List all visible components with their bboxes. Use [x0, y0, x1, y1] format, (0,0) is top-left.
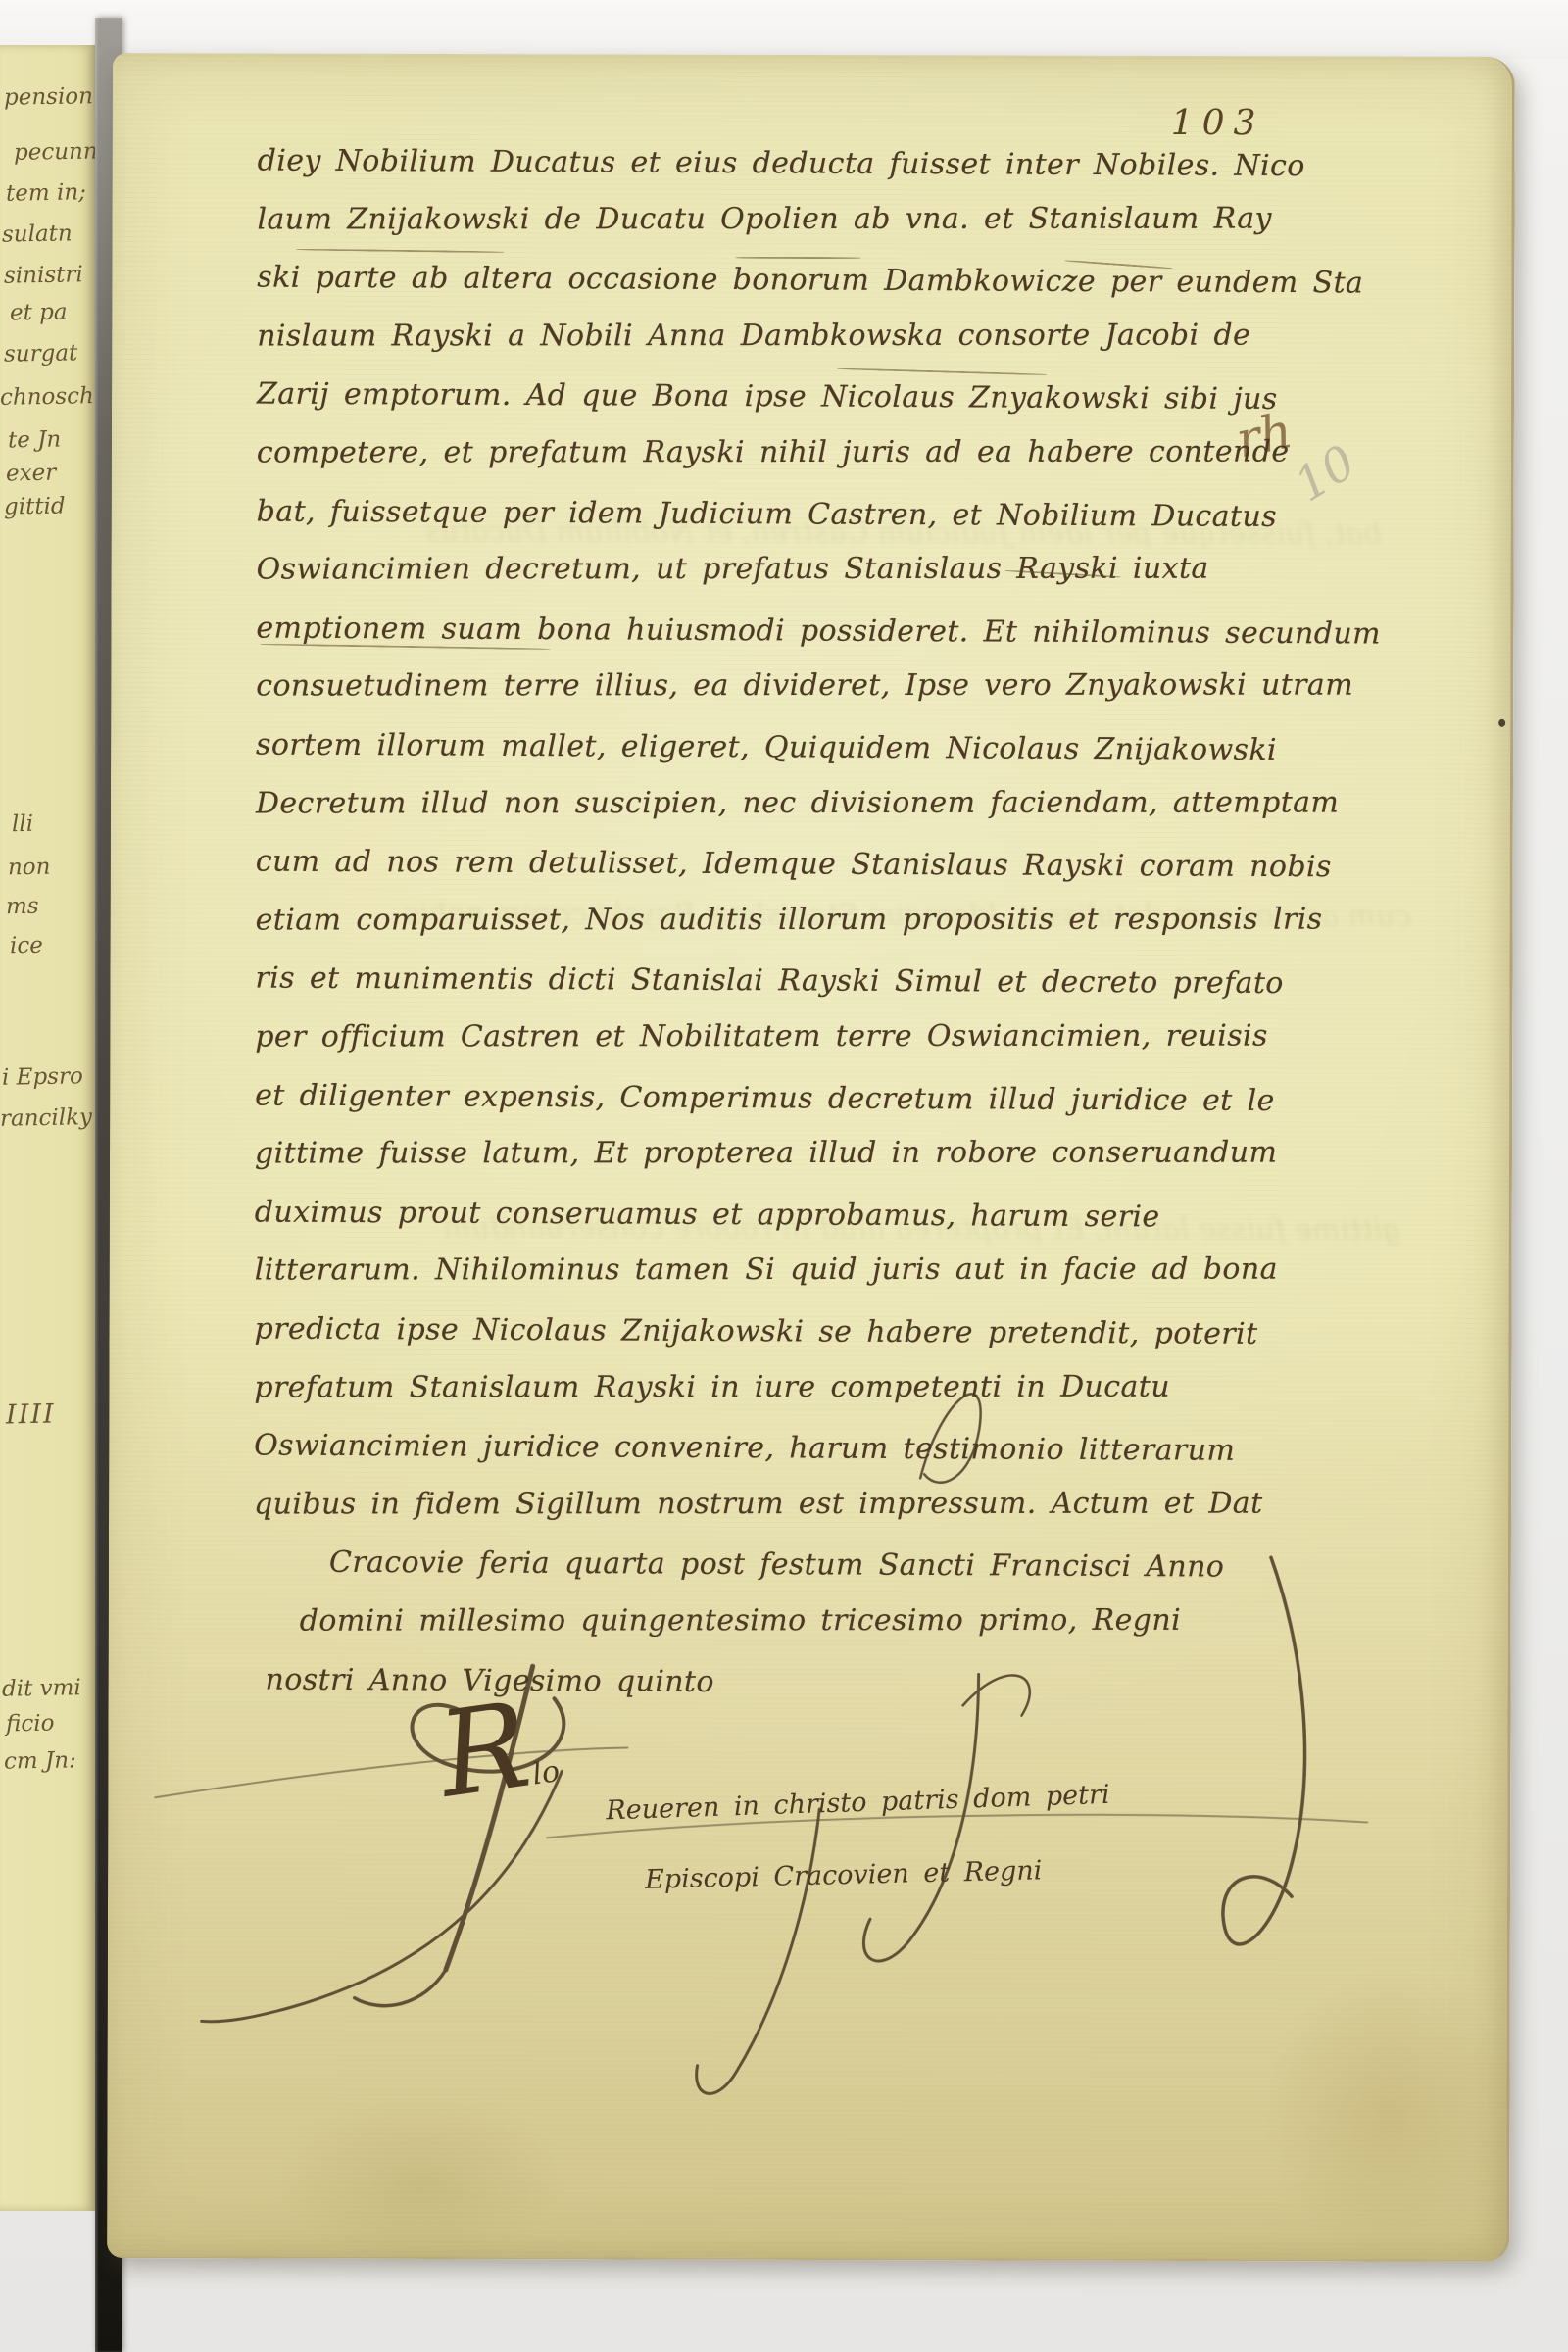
folio-number: 103 [1171, 103, 1265, 143]
text-line: Decretum illud non suscipien, nec divisi… [256, 786, 1339, 821]
text-line: etiam comparuisset, Nos auditis illorum … [256, 903, 1323, 938]
margin-fragment: dit vmi [2, 1675, 81, 1701]
text-line: sortem illorum mallet, eligeret, Quiquid… [256, 728, 1277, 767]
manuscript-scan: pension pecunnie tem in; sulatn sinistri… [0, 0, 1568, 2352]
text-line: Oswiancimien juridice convenire, harum t… [254, 1429, 1235, 1468]
margin-fragment: non [8, 855, 51, 881]
text-line: litterarum. Nihilominus tamen Si quid ju… [255, 1252, 1278, 1288]
text-line: laum Znijakowski de Ducatu Opolien ab vn… [257, 202, 1271, 237]
text-line: Zarij emptorum. Ad que Bona ipse Nicolau… [257, 377, 1278, 416]
text-line: ris et munimentis dicti Stanislai Rayski… [255, 961, 1283, 1001]
text-line: cum ad nos rem detulisset, Idemque Stani… [256, 845, 1332, 885]
margin-fragment: i Epsro [2, 1063, 83, 1090]
facing-page-sliver: pension pecunnie tem in; sulatn sinistri… [0, 45, 96, 2211]
text-line: predicta ipse Nicolaus Znijakowski se ha… [254, 1312, 1257, 1351]
margin-fragment: surgat [4, 340, 78, 367]
ink-underline [837, 367, 1047, 375]
margin-fragment: pension [4, 83, 93, 111]
text-line: ski parte ab altera occasione bonorum Da… [257, 261, 1363, 301]
folio-page: 103 rh 10 bat, fuissetque per idem Judic… [107, 53, 1515, 2262]
quire-mark: IIII [6, 1399, 56, 1431]
text-line: duximus prout conseruamus et approbamus,… [255, 1196, 1160, 1235]
text-line: gittime fuisse latum, Et propterea illud… [255, 1136, 1277, 1171]
margin-fragment: ficio [6, 1711, 55, 1738]
margin-fragment: chnosch [0, 383, 94, 411]
ink-speck [1498, 719, 1505, 727]
parchment-stain [273, 2092, 567, 2270]
margin-fragment: rancilky [0, 1104, 92, 1132]
text-line: consuetudinem terre illius, ea divideret… [256, 668, 1353, 704]
margin-fragment: sinistri [4, 262, 83, 288]
margin-fragment: te Jn [8, 427, 62, 454]
text-line: Oswiancimien decretum, ut prefatus Stani… [257, 552, 1209, 587]
margin-fragment: tem in; [6, 179, 86, 206]
signature-line: Episcopi Cracovien et Regni [645, 1855, 1043, 1895]
margin-fragment: et pa [10, 299, 68, 325]
text-line: competere, et prefatum Rayski nihil juri… [257, 435, 1290, 470]
ink-underline [735, 257, 860, 259]
margin-fragment: cm Jn: [4, 1747, 76, 1774]
text-line: prefatum Stanislaum Rayski in iure compe… [254, 1370, 1170, 1405]
margin-fragment: sulatn [2, 220, 73, 247]
margin-fragment: exer [6, 461, 57, 487]
text-line: per officium Castren et Nobilitatem terr… [255, 1019, 1267, 1054]
margin-fragment: ms [6, 894, 39, 920]
margin-fragment: gittid [4, 493, 66, 519]
parchment-stain [1263, 1967, 1519, 2262]
scanner-background-top [0, 0, 1568, 59]
text-line: nislaum Rayski a Nobili Anna Dambkowska … [257, 318, 1250, 354]
ink-underline [296, 249, 504, 254]
margin-fragment: ice [10, 933, 43, 959]
signature-initial: Rlo [437, 1712, 563, 1803]
text-line-dateline: domini millesimo quingentesimo tricesimo… [300, 1603, 1181, 1639]
margin-fragment: lli [12, 811, 34, 837]
text-line: bat, fuissetque per idem Judicium Castre… [257, 495, 1277, 534]
text-line: et diligenter expensis, Comperimus decre… [255, 1079, 1275, 1118]
margin-pencil-mark: 10 [1286, 434, 1365, 513]
text-line-dateline: Cracovie feria quarta post festum Sancti… [329, 1545, 1225, 1585]
signature-line: Reueren in christo patris dom petri [606, 1780, 1110, 1827]
text-line: diey Nobilium Ducatus et eius deducta fu… [258, 144, 1305, 184]
text-line: quibus in fidem Sigillum nostrum est imp… [254, 1487, 1262, 1522]
